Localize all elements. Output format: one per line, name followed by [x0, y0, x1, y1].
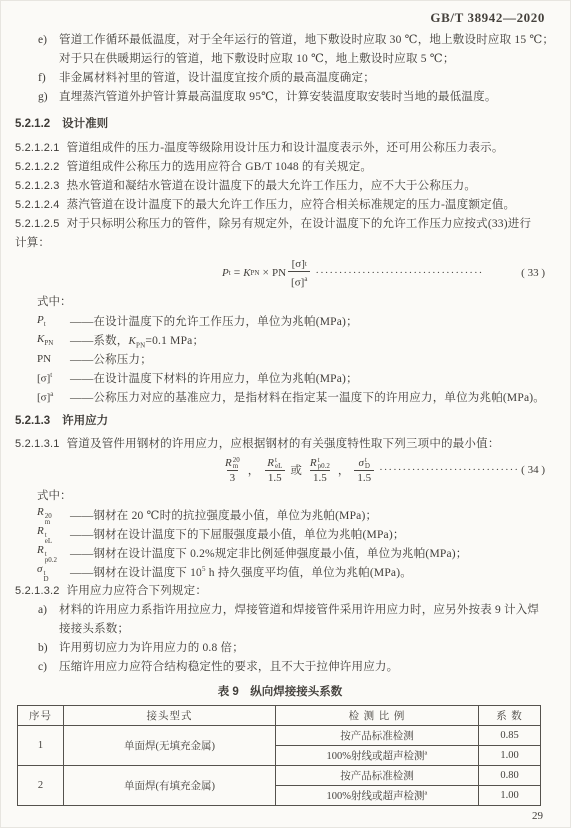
symbol-description: ——在设计温度下材料的许用应力，单位为兆帕(MPa)； — [70, 370, 545, 386]
table-row: 1 单面焊(无填充金属) 按产品标准检测 0.85 — [18, 725, 541, 745]
var-r: R — [225, 457, 232, 469]
symbol-description: ——钢材在设计温度下的下屈服强度最小值，单位为兆帕(MPa)； — [70, 526, 545, 542]
formula-term-definition: [σ]a ——公称压力对应的基准应力，是指材料在指定某一温度下的许用应力，单位为… — [37, 388, 545, 407]
item-line: 许用剪切应力为许用应力的 0.8 倍； — [59, 639, 545, 658]
fraction-numerator: Rtp0.2 — [307, 457, 333, 470]
clause-number: 5.2.1.2.2 — [15, 161, 60, 173]
clause-number: 5.2.1.2.3 — [15, 180, 60, 192]
clause-text: 蒸汽管道在设计温度下的最大允许工作压力，应符合相关标准规定的压力-温度额定值。 — [67, 199, 516, 211]
list-item-g: g) 直埋蒸汽管道外护管计算最高温度取 95℃，计算安装温度取安装时当地的最低温… — [38, 88, 545, 107]
table-header-cell: 系 数 — [479, 705, 541, 725]
symbol-base: R — [37, 506, 44, 518]
table-cell-joint-type: 单面焊(有填充金属) — [64, 765, 276, 805]
design-temperature-list: e) 管道工作循环最低温度，对于全年运行的管道，地下敷设时应取 30 ℃，地上敷… — [15, 31, 545, 107]
sigma-sup-t: t — [305, 258, 307, 270]
table-cell-joint-type: 单面焊(无填充金属) — [64, 725, 276, 765]
formula-number: ( 33 ) — [521, 267, 545, 279]
clause: 5.2.1.2.2管道组成件公称压力的选用应符合 GB/T 1048 的有关规定… — [15, 158, 545, 177]
page-number: 29 — [15, 810, 545, 822]
inspection-text: 100%射线或超声检测 — [327, 751, 425, 762]
symbol-description: ——公称压力对应的基准应力，是指材料在指定某一温度下的许用应力，单位为兆帕(MP… — [70, 389, 545, 405]
table-cell-inspection: 100%射线或超声检测a — [276, 785, 479, 805]
sub: m — [233, 463, 238, 469]
table-cell-factor: 1.00 — [479, 785, 541, 805]
sup-sub-stack: tD — [365, 457, 370, 469]
desc-post: h 持久强度平均值，单位为兆帕(MPa)。 — [206, 567, 412, 579]
sup-sub-stack: 20m — [45, 513, 52, 525]
item-label: c) — [38, 658, 59, 677]
formula-dots: ···································· — [315, 267, 518, 279]
fraction: R20m 3 — [222, 457, 243, 484]
table-cell-inspection: 按产品标准检测 — [276, 725, 479, 745]
formula-34-expression: R20m 3 ， RteL 1.5 或 Rtp0.2 1.5 ， σtD 1.5 — [220, 457, 376, 484]
times-sign: × — [262, 267, 269, 279]
symbol: PN — [37, 353, 70, 365]
clause: 5.2.1.2.3热水管道和凝结水管道在设计温度下的最大允许工作压力，应不大于公… — [15, 177, 545, 196]
or-character: 或 — [290, 462, 302, 478]
standard-code-header: GB/T 38942—2020 — [15, 10, 545, 26]
var-k: K — [129, 335, 137, 347]
table-header-cell: 序号 — [18, 705, 64, 725]
formula-term-definition: σtD ——钢材在设计温度下 105 h 持久强度平均值，单位为兆帕(MPa)。 — [37, 563, 545, 582]
clause-text: 管道及管件用钢材的许用应力，应根据钢材的有关强度特性取下列三项中的最小值： — [67, 438, 500, 450]
symbol-sup: a — [50, 390, 53, 398]
clause-number: 5.2.1.2.4 — [15, 199, 60, 211]
formula-33: Pt = KPN × PN [σ]t [σ]a ················… — [15, 258, 545, 289]
symbol: KPN — [37, 333, 70, 347]
var-k: K — [243, 267, 250, 279]
clause: 5.2.1.2.1管道组成件的压力-温度等级除用设计压力和设计温度表示外，还可用… — [15, 139, 545, 158]
var-p-sub: t — [229, 269, 231, 277]
sup-sub-stack: tp0.2 — [318, 457, 330, 469]
sup-sub-stack: 20m — [233, 457, 240, 469]
item-line: 非金属材料衬里的管道，设计温度宜按介质的最高温度确定； — [59, 69, 545, 88]
symbol: R20m — [37, 506, 70, 525]
table-cell-inspection: 按产品标准检测 — [276, 765, 479, 785]
where-list-33: 式中： Pt ——在设计温度下的允许工作压力，单位为兆帕(MPa)； KPN —… — [15, 293, 545, 407]
item-label: e) — [38, 31, 59, 69]
table-9: 序号 接头型式 检 测 比 例 系 数 1 单面焊(无填充金属) 按产品标准检测… — [17, 705, 541, 806]
clause-text: 许用应力应符合下列规定： — [67, 585, 207, 597]
fraction: σtD 1.5 — [354, 457, 374, 484]
fraction-numerator: RteL — [264, 457, 285, 470]
symbol-base: [σ] — [37, 373, 50, 385]
item-line: 管道工作循环最低温度，对于全年运行的管道，地下敷设时应取 30 ℃，地上敷设时应… — [59, 31, 545, 50]
formula-term-definition: KPN ——系数，KPN=0.1 MPa； — [37, 331, 545, 350]
item-line: 接接头系数； — [59, 620, 545, 639]
item-label: g) — [38, 88, 59, 107]
symbol: RteL — [37, 525, 70, 544]
fraction-numerator: [σ]t — [289, 258, 310, 271]
formula-term-definition: Pt ——在设计温度下的允许工作压力，单位为兆帕(MPa)； — [37, 312, 545, 331]
table-cell-factor: 0.80 — [479, 765, 541, 785]
symbol-base: [σ] — [37, 392, 50, 404]
formula-term-definition: RteL ——钢材在设计温度下的下屈服强度最小值，单位为兆帕(MPa)； — [37, 525, 545, 544]
item-label: f) — [38, 69, 59, 88]
section-title: 设计准则 — [62, 118, 108, 130]
symbol: Pt — [37, 314, 70, 328]
fraction: [σ]t [σ]a — [288, 258, 310, 289]
equals-sign: = — [234, 267, 241, 279]
section-heading-design-criteria: 5.2.1.2设计准则 — [15, 115, 545, 134]
section-heading-allowable-stress: 5.2.1.3许用应力 — [15, 412, 545, 431]
var-k-sub: PN — [136, 341, 145, 349]
sigma-bracket: [σ] — [291, 277, 304, 289]
formula-number: ( 34 ) — [521, 464, 545, 476]
formula-term-definition: [σ]t ——在设计温度下材料的许用应力，单位为兆帕(MPa)； — [37, 369, 545, 388]
symbol-sub: PN — [44, 339, 53, 347]
footnote-sup: a — [425, 749, 428, 756]
symbol: [σ]t — [37, 371, 70, 385]
section-title: 许用应力 — [62, 415, 108, 427]
table-cell-no: 2 — [18, 765, 64, 805]
item-label: b) — [38, 639, 59, 658]
table-cell-factor: 0.85 — [479, 725, 541, 745]
symbol-description: ——钢材在设计温度下 0.2%规定非比例延伸强度最小值，单位为兆帕(MPa)； — [70, 545, 545, 561]
symbol-description: ——公称压力； — [70, 351, 545, 367]
symbol-description: ——钢材在 20 ℃时的抗拉强度最小值，单位为兆帕(MPa)； — [70, 507, 545, 523]
list-item-f: f) 非金属材料衬里的管道，设计温度宜按介质的最高温度确定； — [38, 69, 545, 88]
fraction: Rtp0.2 1.5 — [307, 457, 333, 484]
table-header-cell: 检 测 比 例 — [276, 705, 479, 725]
fraction-numerator: σtD — [355, 457, 373, 470]
list-item-c: c) 压缩许用应力应符合结构稳定性的要求，且不大于拉伸许用应力。 — [38, 658, 545, 677]
item-line: 直埋蒸汽管道外护管计算最高温度取 95℃，计算安装温度取安装时当地的最低温度。 — [59, 88, 545, 107]
clause-text: 对于只标明公称压力的管件，除另有规定外，在设计温度下的允许工作压力应按式(33)… — [67, 218, 532, 230]
symbol-sup: t — [50, 371, 52, 379]
sub: D — [365, 463, 370, 469]
clause-number: 5.2.1.3.1 — [15, 438, 60, 450]
where-label: 式中： — [37, 487, 545, 506]
clause-text: 管道组成件的压力-温度等级除用设计压力和设计温度表示外，还可用公称压力表示。 — [67, 142, 504, 154]
symbol: [σ]a — [37, 390, 70, 404]
symbol-description: ——系数，KPN=0.1 MPa； — [70, 332, 545, 349]
table-cell-factor: 1.00 — [479, 745, 541, 765]
design-criteria-clauses: 5.2.1.2.1管道组成件的压力-温度等级除用设计压力和设计温度表示外，还可用… — [15, 139, 545, 253]
table-cell-inspection: 100%射线或超声检测a — [276, 745, 479, 765]
clause: 5.2.1.2.5对于只标明公称压力的管件，除另有规定外，在设计温度下的允许工作… — [15, 215, 545, 234]
formula-dots: ···································· — [379, 464, 518, 476]
formula-term-definition: R20m ——钢材在 20 ℃时的抗拉强度最小值，单位为兆帕(MPa)； — [37, 506, 545, 525]
section-number: 5.2.1.3 — [15, 415, 50, 427]
table-cell-no: 1 — [18, 725, 64, 765]
symbol-base: R — [37, 525, 44, 537]
fraction-denominator: 1.5 — [354, 470, 374, 484]
comma: ， — [248, 462, 260, 478]
where-list-34: 式中： R20m ——钢材在 20 ℃时的抗拉强度最小值，单位为兆帕(MPa)；… — [15, 487, 545, 582]
formula-34: R20m 3 ， RteL 1.5 或 Rtp0.2 1.5 ， σtD 1.5… — [15, 457, 545, 484]
sigma-bracket: [σ] — [292, 258, 305, 270]
list-item-a: a) 材料的许用应力系指许用拉应力，焊接管道和焊接管件采用许用应力时，应另外按表… — [38, 601, 545, 639]
table-9-title: 表 9 纵向焊接接头系数 — [15, 683, 545, 702]
var-k-sub: PN — [251, 269, 260, 277]
fraction-denominator: [σ]a — [288, 271, 310, 289]
allowable-rule-list: a) 材料的许用应力系指许用拉应力，焊接管道和焊接管件采用许用应力时，应另外按表… — [15, 601, 545, 677]
var-pn: PN — [272, 267, 286, 279]
item-line: 对于只在供暖期运行的管道，地下敷设时应取 10 ℃，地上敷设时应取 5 ℃； — [59, 50, 545, 69]
where-label: 式中： — [37, 293, 545, 312]
desc-pre: ——系数， — [70, 335, 129, 347]
fraction: RteL 1.5 — [264, 457, 285, 484]
var-r: R — [310, 457, 317, 469]
desc-post: =0.1 MPa； — [145, 335, 204, 347]
sub: p0.2 — [318, 463, 330, 469]
footnote-sup: a — [425, 789, 428, 796]
inspection-text: 按产品标准检测 — [340, 771, 414, 782]
var-p: P — [222, 267, 229, 279]
sup-sub-stack: tp0.2 — [45, 551, 57, 563]
clause: 5.2.1.3.1管道及管件用钢材的许用应力，应根据钢材的有关强度特性取下列三项… — [15, 435, 545, 454]
clause-continuation: 计算： — [15, 234, 545, 253]
sup-sub-stack: tD — [43, 570, 48, 582]
table-row: 2 单面焊(有填充金属) 按产品标准检测 0.80 — [18, 765, 541, 785]
sigma-sup-a: a — [304, 275, 307, 283]
inspection-text: 100%射线或超声检测 — [327, 791, 425, 802]
symbol: σtD — [37, 563, 70, 582]
clause-number: 5.2.1.2.5 — [15, 218, 60, 230]
sub: D — [43, 576, 48, 582]
table-header-row: 序号 接头型式 检 测 比 例 系 数 — [18, 705, 541, 725]
symbol-description: ——钢材在设计温度下 105 h 持久强度平均值，单位为兆帕(MPa)。 — [70, 564, 545, 580]
list-item-b: b) 许用剪切应力为许用应力的 0.8 倍； — [38, 639, 545, 658]
symbol-base: P — [37, 314, 44, 326]
list-item-e: e) 管道工作循环最低温度，对于全年运行的管道，地下敷设时应取 30 ℃，地上敷… — [38, 31, 545, 69]
fraction-numerator: R20m — [222, 457, 243, 470]
comma: ， — [338, 462, 350, 478]
symbol: Rtp0.2 — [37, 544, 70, 563]
item-label: a) — [38, 601, 59, 639]
formula-33-expression: Pt = KPN × PN [σ]t [σ]a — [222, 258, 312, 289]
var-r: R — [267, 457, 274, 469]
clause-number: 5.2.1.3.2 — [15, 585, 60, 597]
var-sigma: σ — [358, 457, 363, 469]
clause: 5.2.1.3.2许用应力应符合下列规定： — [15, 582, 545, 601]
fraction-denominator: 1.5 — [310, 470, 330, 484]
table-header-cell: 接头型式 — [64, 705, 276, 725]
clause-text: 热水管道和凝结水管道在设计温度下的最大允许工作压力，应不大于公称压力。 — [67, 180, 477, 192]
document-page: GB/T 38942—2020 e) 管道工作循环最低温度，对于全年运行的管道，… — [0, 0, 571, 828]
fraction-denominator: 3 — [227, 470, 239, 484]
inspection-text: 按产品标准检测 — [340, 731, 414, 742]
fraction-denominator: 1.5 — [265, 470, 285, 484]
sup-sub-stack: teL — [275, 457, 282, 469]
clause-number: 5.2.1.2.1 — [15, 142, 60, 154]
symbol-description: ——在设计温度下的允许工作压力，单位为兆帕(MPa)； — [70, 313, 545, 329]
desc-pre: ——钢材在设计温度下 10 — [70, 567, 202, 579]
item-line: 压缩许用应力应符合结构稳定性的要求，且不大于拉伸许用应力。 — [59, 658, 545, 677]
item-line: 材料的许用应力系指许用拉应力，焊接管道和焊接管件采用许用应力时，应另外按表 9 … — [59, 601, 545, 620]
formula-term-definition: PN ——公称压力； — [37, 350, 545, 369]
sub: eL — [275, 463, 282, 469]
formula-term-definition: Rtp0.2 ——钢材在设计温度下 0.2%规定非比例延伸强度最小值，单位为兆帕… — [37, 544, 545, 563]
sup-sub-stack: teL — [45, 532, 52, 544]
symbol-base: R — [37, 544, 44, 556]
section-number: 5.2.1.2 — [15, 118, 50, 130]
clause: 5.2.1.2.4蒸汽管道在设计温度下的最大允许工作压力，应符合相关标准规定的压… — [15, 196, 545, 215]
clause-text: 管道组成件公称压力的选用应符合 GB/T 1048 的有关规定。 — [67, 161, 373, 173]
symbol-sub: t — [44, 320, 46, 328]
symbol-base: σ — [37, 563, 42, 575]
